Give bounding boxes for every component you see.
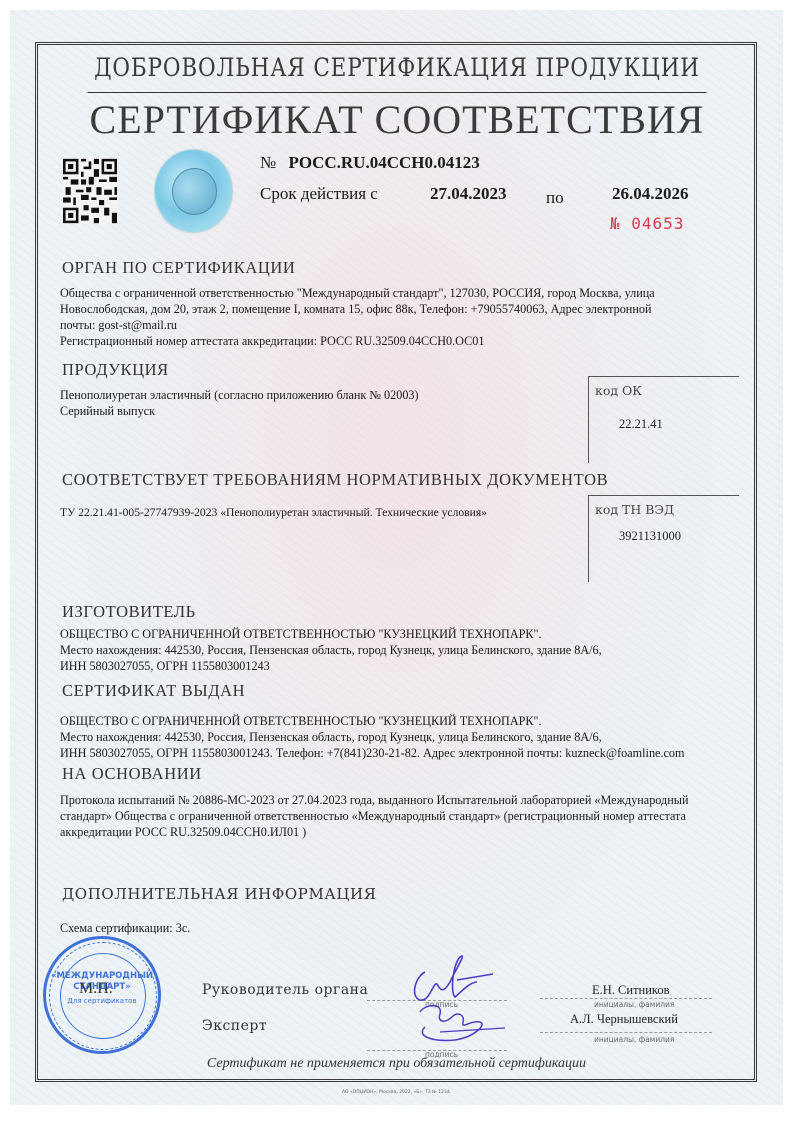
certificate-title: СЕРТИФИКАТ СООТВЕТСТВИЯ [37, 93, 757, 145]
manufacturer-title: ИЗГОТОВИТЕЛЬ [62, 602, 196, 622]
basis-title: НА ОСНОВАНИИ [62, 764, 202, 784]
head-name-line [540, 998, 712, 999]
text-line: ИНН 5803027055, ОГРН 1155803001243 [60, 658, 690, 674]
additional-info-title: ДОПОЛНИТЕЛЬНАЯ ИНФОРМАЦИЯ [62, 885, 376, 903]
footer-note: Сертификат не применяется при обязательн… [0, 1056, 793, 1072]
tn-ved-code-value: 3921131000 [619, 529, 681, 544]
product-title: ПРОДУКЦИЯ [62, 360, 169, 380]
text-line: почты: gost-st@mail.ru [60, 317, 690, 333]
expert-label: Эксперт [202, 1018, 267, 1034]
text-line: стандарт» Общества с ограниченной ответс… [60, 808, 760, 824]
basis-text: Протокола испытаний № 20886-МС-2023 от 2… [60, 792, 760, 840]
qr-code-icon [63, 157, 117, 225]
stamp-text: Для сертификатов [46, 997, 158, 1005]
text-line: ОБЩЕСТВО С ОГРАНИЧЕННОЙ ОТВЕТСТВЕННОСТЬЮ… [60, 713, 760, 729]
globe-hologram-icon [155, 150, 232, 232]
number-sign: № [260, 153, 276, 172]
certification-body-title: ОРГАН ПО СЕРТИФИКАЦИИ [62, 258, 295, 278]
text-line: Общества с ограниченной ответственностью… [60, 285, 690, 301]
handwritten-signature-icon [395, 942, 525, 1042]
tn-ved-code-box: код ТН ВЭД 3921131000 [588, 495, 739, 582]
ok-code-value: 22.21.41 [619, 417, 663, 432]
valid-to-date: 26.04.2026 [612, 184, 689, 204]
text-line: Место нахождения: 442530, Россия, Пензен… [60, 729, 760, 745]
text-line: Регистрационный номер аттестата аккредит… [60, 333, 690, 349]
name-caption: инициалы, фамилия [594, 1035, 674, 1044]
validity-label: Срок действия с [260, 184, 378, 204]
compliance-document: ТУ 22.21.41-005-27747939-2023 «Пенополиу… [60, 505, 580, 521]
valid-to-label: по [546, 188, 564, 208]
head-name: Е.Н. Ситников [592, 983, 670, 998]
expert-name-line [540, 1032, 712, 1033]
head-of-body-label: Руководитель органа [202, 982, 368, 998]
tn-ved-code-label: код ТН ВЭД [595, 502, 674, 517]
voluntary-certification-heading: ДОБРОВОЛЬНАЯ СЕРТИФИКАЦИЯ ПРОДУКЦИИ [87, 42, 706, 93]
ok-code-label: код ОК [595, 383, 642, 398]
text-line: Новослободская, дом 20, этаж 2, помещени… [60, 301, 690, 317]
manufacturer-text: ОБЩЕСТВО С ОГРАНИЧЕННОЙ ОТВЕТСТВЕННОСТЬЮ… [60, 626, 690, 674]
text-line: Место нахождения: 442530, Россия, Пензен… [60, 642, 690, 658]
compliance-title: СООТВЕТСТВУЕТ ТРЕБОВАНИЯМ НОРМАТИВНЫХ ДО… [62, 470, 608, 490]
ok-code-box: код ОК 22.21.41 [588, 376, 739, 463]
issued-to-title: СЕРТИФИКАТ ВЫДАН [62, 681, 245, 701]
certificate-number: № POCC.RU.04CCH0.04123 [260, 153, 480, 173]
blank-serial-number: № 04653 [610, 214, 684, 233]
text-line: Протокола испытаний № 20886-МС-2023 от 2… [60, 792, 760, 808]
valid-from-date: 27.04.2023 [430, 184, 507, 204]
certification-body-text: Общества с ограниченной ответственностью… [60, 285, 690, 349]
text-line: ОБЩЕСТВО С ОГРАНИЧЕННОЙ ОТВЕТСТВЕННОСТЬЮ… [60, 626, 690, 642]
certificate-number-value: POCC.RU.04CCH0.04123 [288, 153, 479, 172]
certification-scheme: Схема сертификации: 3с. [60, 920, 690, 936]
name-caption: инициалы, фамилия [594, 1000, 674, 1009]
product-text: Пенополиуретан эластичный (согласно прил… [60, 387, 540, 419]
issued-to-text: ОБЩЕСТВО С ОГРАНИЧЕННОЙ ОТВЕТСТВЕННОСТЬЮ… [60, 713, 760, 761]
text-line: аккредитации РОСС RU.32509.04ССН0.ИЛ01 ) [60, 824, 760, 840]
text-line: Пенополиуретан эластичный (согласно прил… [60, 387, 540, 403]
text-line: ИНН 5803027055, ОГРН 1155803001243. Теле… [60, 745, 760, 761]
printer-imprint: АО «ОПЦИОН», Москва, 2022, «Б». ТЗ № 123… [0, 1090, 793, 1095]
expert-name: А.Л. Чернышевский [570, 1012, 678, 1027]
stamp-place-mark: М.П. [79, 980, 113, 998]
text-line: Серийный выпуск [60, 403, 540, 419]
